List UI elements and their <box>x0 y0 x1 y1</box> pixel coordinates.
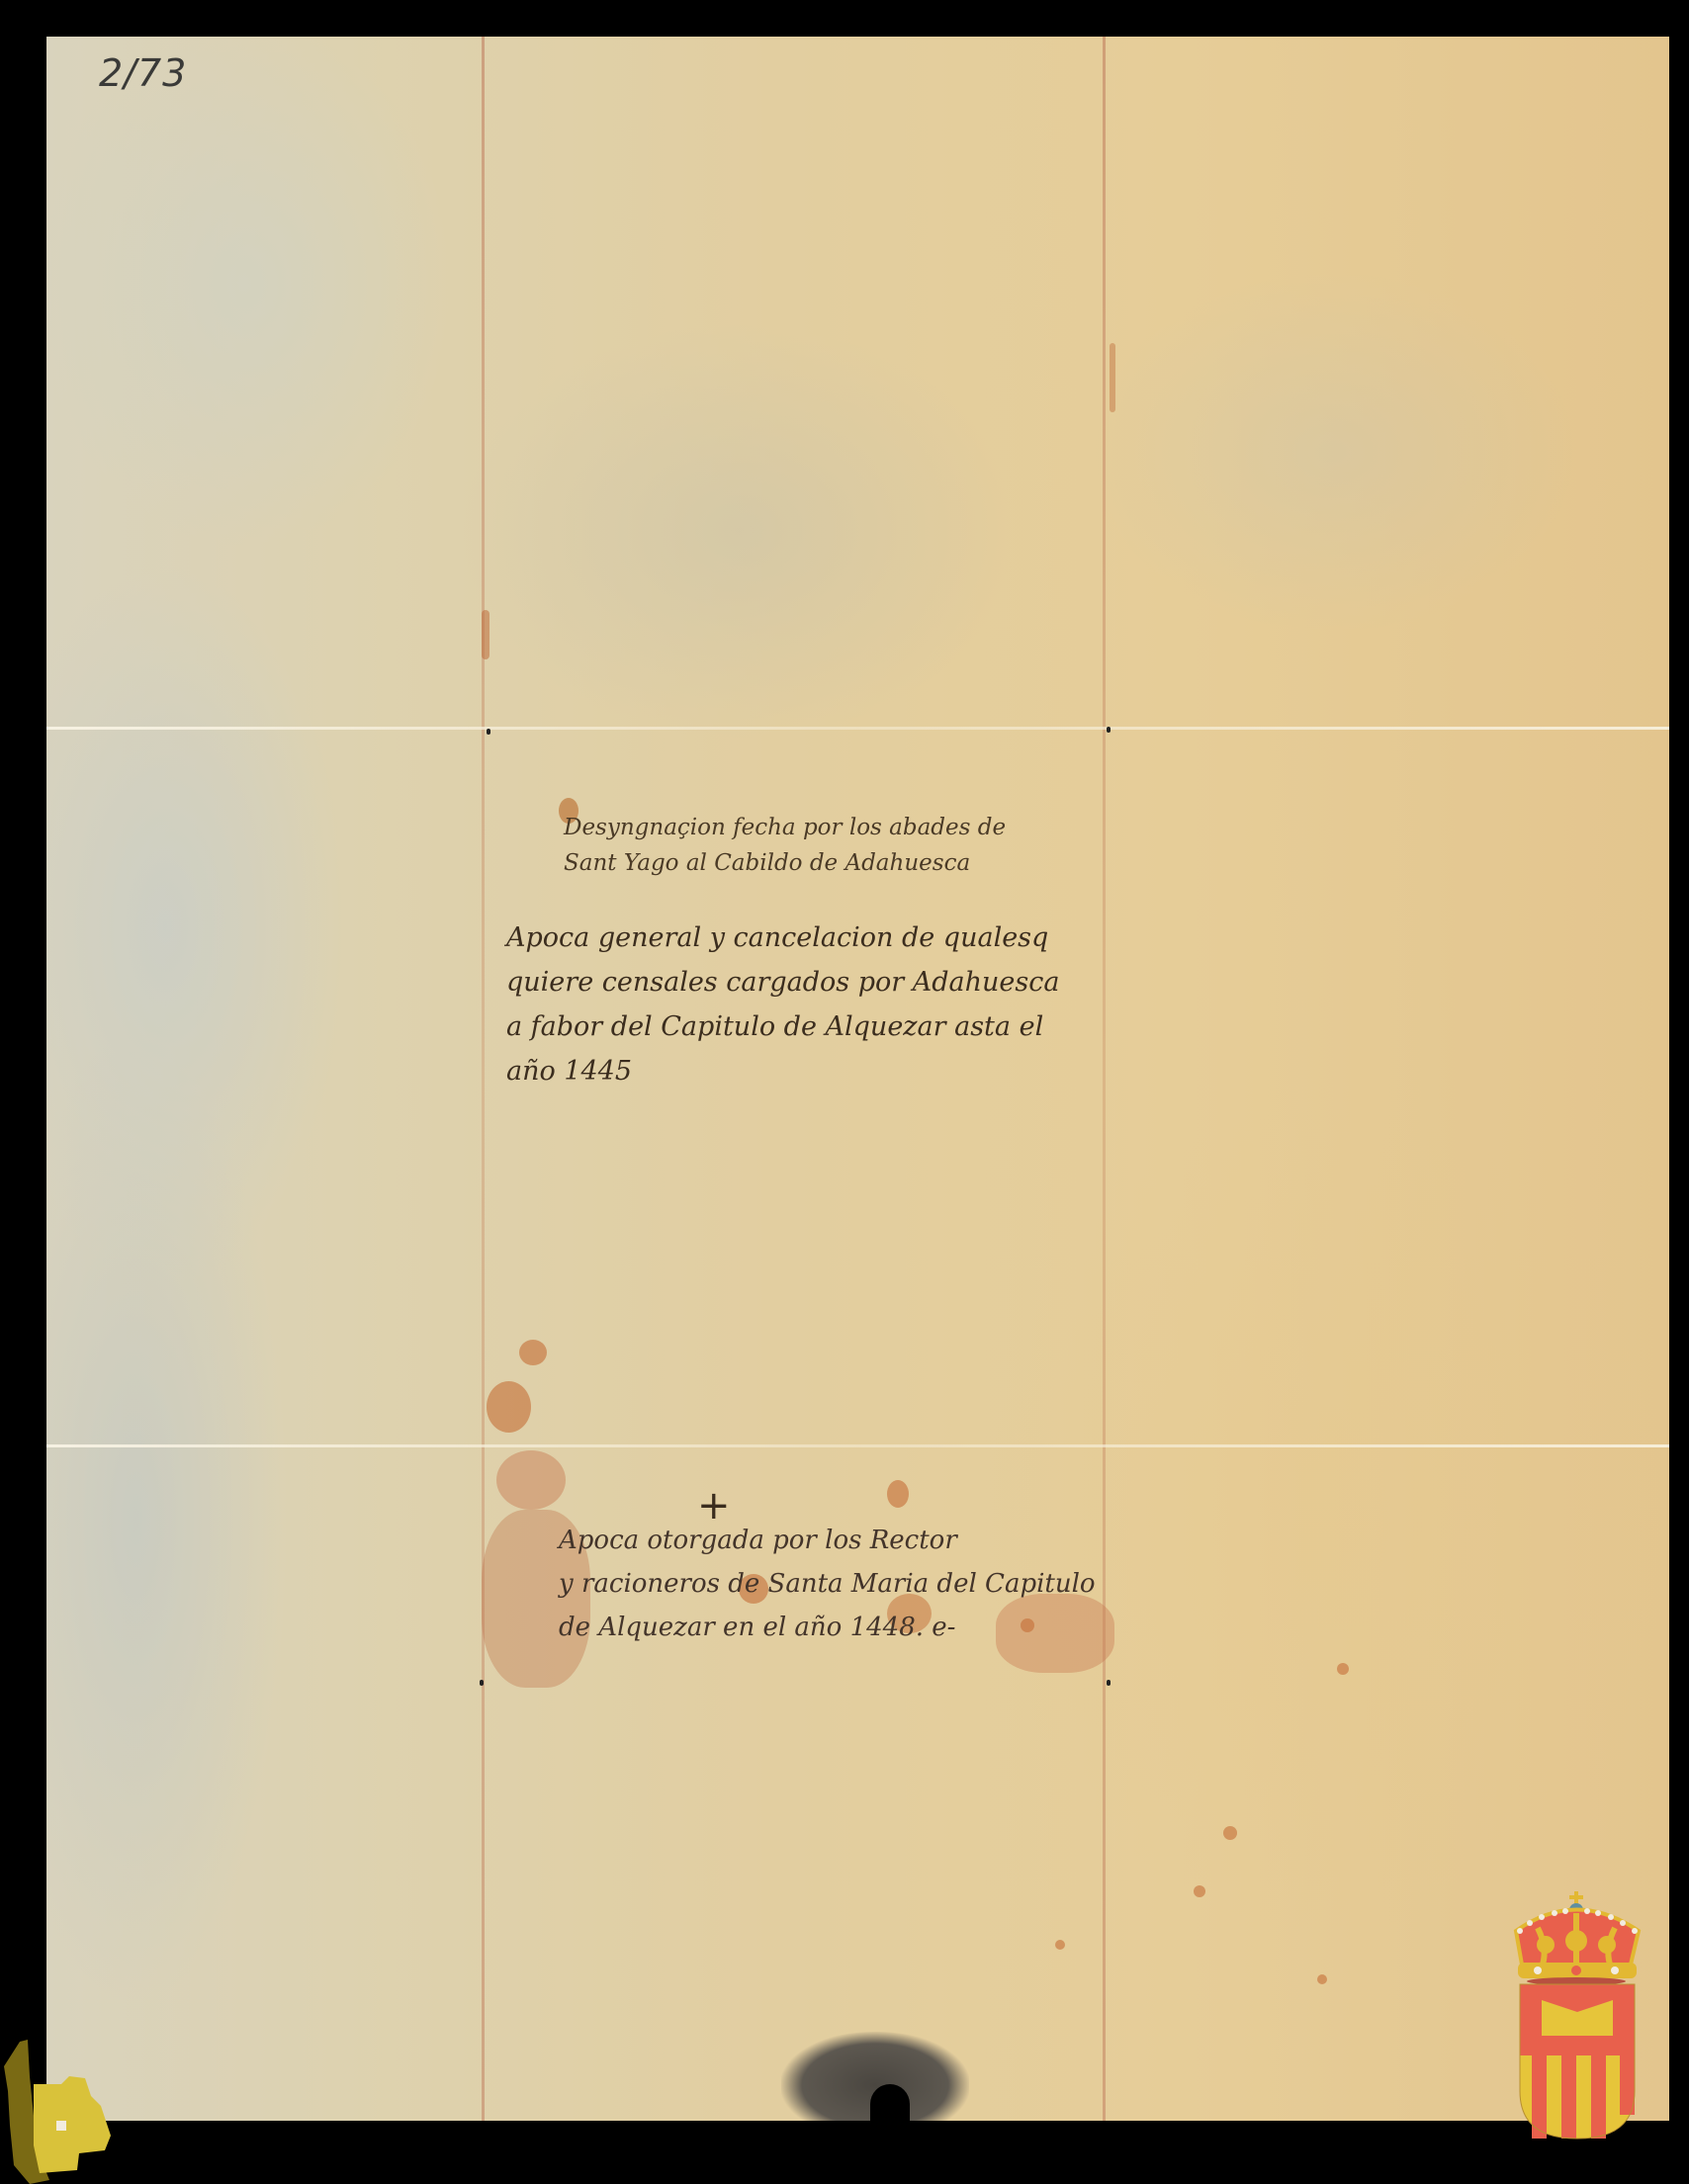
cross-mark: + <box>697 1483 731 1529</box>
stain <box>1055 1940 1065 1950</box>
stain <box>887 1480 909 1508</box>
vertical-fold-right <box>1103 37 1106 2121</box>
endorsement-line: de Alquezar en el año 1448. e- <box>559 1615 1096 1658</box>
seal-tear <box>870 2084 910 2124</box>
coat-of-arms-icon <box>1498 1883 1656 2160</box>
stain <box>482 610 489 659</box>
stain <box>1337 1663 1349 1675</box>
stain <box>1110 343 1115 412</box>
endorsement-line: año 1445 <box>506 1058 1059 1102</box>
endorsement-line: Apoca otorgada por los Rector <box>559 1528 1096 1571</box>
stain <box>519 1340 547 1365</box>
stain <box>1317 1974 1327 1984</box>
endorsement-line: quiere censales cargados por Adahuesca <box>506 969 1059 1013</box>
vertical-fold-left <box>482 37 485 2121</box>
fold-pinhole <box>1107 727 1111 733</box>
stain <box>1223 1826 1237 1840</box>
endorsement-summary: Apoca general y cancelacion de qualesq q… <box>506 924 1059 1102</box>
endorsement-line: a fabor del Capitulo de Alquezar asta el <box>506 1013 1059 1058</box>
archive-shelfmark: 2/73 <box>99 51 187 95</box>
endorsement-lower: Apoca otorgada por los Rector y racioner… <box>559 1528 1096 1658</box>
horizontal-fold-upper <box>46 727 1669 730</box>
endorsement-line: y racioneros de Santa Maria del Capitulo <box>559 1571 1096 1615</box>
fold-pinhole <box>1107 1680 1111 1686</box>
endorsement-line: Apoca general y cancelacion de qualesq <box>506 924 1059 969</box>
endorsement-early: Desyngnaçion fecha por los abades de San… <box>564 817 1006 888</box>
province-map-logo-icon <box>0 2007 119 2184</box>
fold-pinhole <box>487 729 490 735</box>
stain <box>487 1381 531 1433</box>
horizontal-fold-lower <box>46 1444 1669 1447</box>
endorsement-line: Sant Yago al Cabildo de Adahuesca <box>564 852 1006 888</box>
stain <box>1194 1885 1205 1897</box>
stain <box>496 1450 566 1510</box>
fold-pinhole <box>480 1680 484 1686</box>
endorsement-line: Desyngnaçion fecha por los abades de <box>564 817 1006 852</box>
